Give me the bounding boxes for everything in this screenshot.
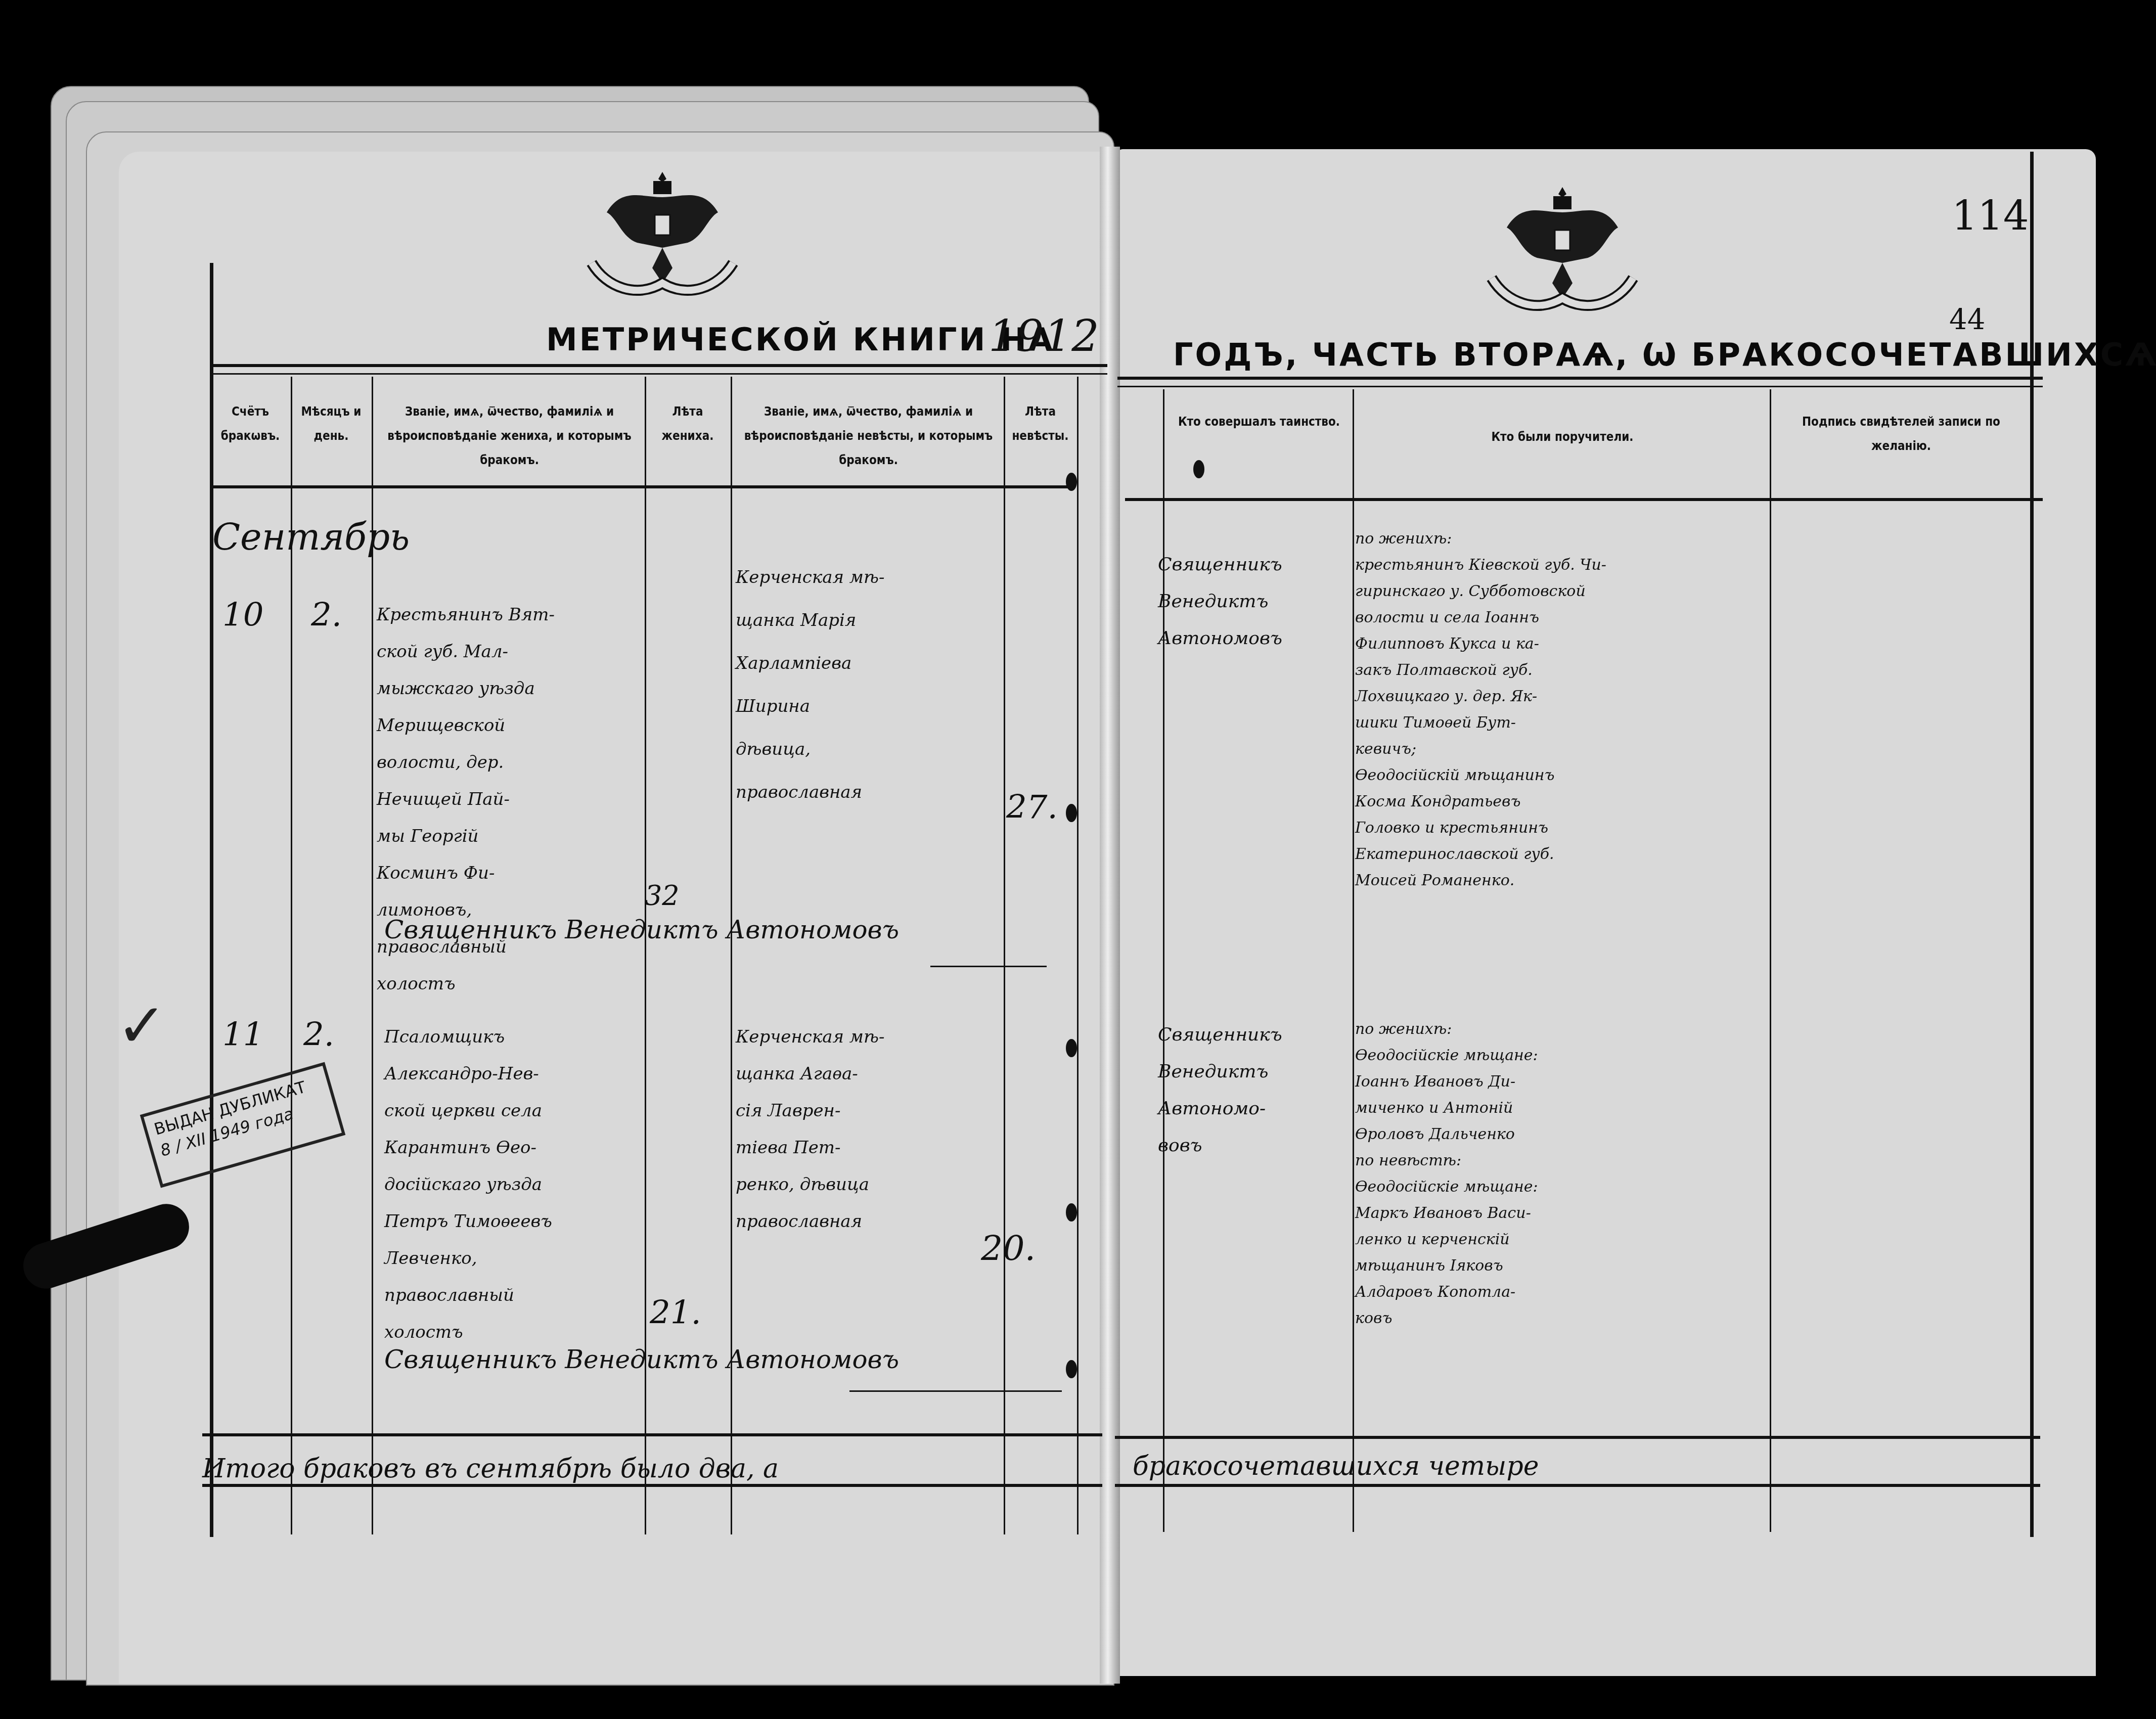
officiant: Священникъ Венедиктъ Автономо- вовъ bbox=[1158, 1016, 1350, 1164]
column-header-bride: Званіе, имѧ, ѿчество, фамиліѧ и вѣроиспо… bbox=[736, 399, 1001, 472]
header-bottom-rule bbox=[1125, 498, 2043, 501]
binding-hole bbox=[1066, 1360, 1077, 1378]
header-bottom-rule bbox=[210, 485, 1069, 488]
footer-total-text: Итого браковъ въ сентябрѣ было два, а bbox=[202, 1454, 779, 1484]
column-rule bbox=[1077, 377, 1079, 1534]
footer-top-rule bbox=[202, 1433, 1102, 1436]
entry-day: 2. bbox=[311, 597, 342, 634]
bride-age: 20. bbox=[981, 1229, 1036, 1269]
column-header-bride-age: Лѣта невѣсты. bbox=[1006, 399, 1074, 448]
header-top-rule bbox=[210, 373, 1107, 375]
footer-total-text: бракосочетавшихся четыре bbox=[1133, 1451, 1539, 1481]
entry-number: 10 bbox=[222, 597, 263, 634]
column-header-month-day: Мѣсяцъ и день. bbox=[293, 399, 369, 448]
binding-hole bbox=[1066, 1203, 1077, 1222]
page-number: 44 bbox=[1949, 303, 1985, 336]
footer-top-rule bbox=[1115, 1436, 2040, 1439]
binding-hole bbox=[1066, 473, 1077, 491]
column-header-witness-signatures: Подпись свидѣтелей записи по желанію. bbox=[1775, 410, 2028, 458]
priest-signature: Священникъ Венедиктъ Автономовъ bbox=[384, 915, 899, 944]
guarantors: по женихѣ: крестьянинъ Кіевской губ. Чи-… bbox=[1355, 526, 1770, 894]
signature-underline bbox=[930, 966, 1047, 967]
binding-hole bbox=[1066, 804, 1077, 822]
column-rule bbox=[1353, 389, 1354, 1532]
header-top-rule bbox=[1117, 386, 2043, 387]
double-headed-eagle-emblem bbox=[587, 167, 738, 303]
left-page-title: МЕТРИЧЕСКОЙ КНИГИ НА bbox=[546, 321, 1055, 358]
groom-age: 32 bbox=[645, 880, 680, 912]
signature-underline bbox=[849, 1390, 1062, 1392]
column-header-guarantors: Кто были поручители. bbox=[1360, 425, 1765, 449]
officiant: Священникъ Венедиктъ Автономовъ bbox=[1158, 546, 1350, 657]
double-headed-eagle-emblem bbox=[1487, 182, 1638, 319]
column-header-groom: Званіе, имѧ, ѿчество, фамиліѧ и вѣроиспо… bbox=[377, 399, 642, 472]
bride-age: 27. bbox=[1006, 789, 1058, 826]
footer-bottom-rule bbox=[202, 1484, 1102, 1487]
binding-hole bbox=[1193, 460, 1204, 478]
groom-details: Псаломщикъ Александро-Нев- ской церкви с… bbox=[384, 1019, 647, 1351]
folio-number: 114 bbox=[1952, 192, 2029, 239]
entry-number: 11 bbox=[222, 1016, 263, 1054]
bride-details: Керченская мѣ- щанка Марія Харлампіева Ш… bbox=[736, 556, 1001, 814]
column-rule bbox=[1770, 389, 1771, 1532]
footer-bottom-rule bbox=[1115, 1484, 2040, 1487]
column-header-groom-age: Лѣта жениха. bbox=[647, 399, 728, 448]
right-page-title: ГОДЪ, ЧАСТЬ ВТОРАѦ, Ѡ БРАКОСОЧЕТАВШИХСѦ. bbox=[1173, 336, 2156, 373]
groom-age: 21. bbox=[650, 1294, 701, 1332]
month-heading: Сентябрь bbox=[212, 516, 410, 558]
entry-day: 2. bbox=[303, 1016, 334, 1054]
column-header-officiant: Кто совершалъ таинство. bbox=[1168, 410, 1350, 434]
guarantors: по женихѣ: Ѳеодосійскіе мѣщане: Іоаннъ И… bbox=[1355, 1016, 1770, 1332]
bride-details: Керченская мѣ- щанка Агаѳа- сія Лаврен- … bbox=[736, 1019, 1001, 1240]
priest-signature: Священникъ Венедиктъ Автономовъ bbox=[384, 1345, 899, 1374]
header-top-rule bbox=[1117, 377, 2043, 380]
column-rule bbox=[210, 263, 213, 1537]
book-spine bbox=[1100, 147, 1120, 1684]
binding-hole bbox=[1066, 1039, 1077, 1057]
column-rule bbox=[2030, 152, 2034, 1537]
column-rule bbox=[1004, 377, 1005, 1534]
header-top-rule bbox=[210, 364, 1107, 367]
year-handwritten: 1912 bbox=[989, 311, 1099, 361]
margin-check-mark: ✓ bbox=[116, 991, 167, 1061]
column-header-count: Счётъ бракѡвъ. bbox=[212, 399, 288, 448]
